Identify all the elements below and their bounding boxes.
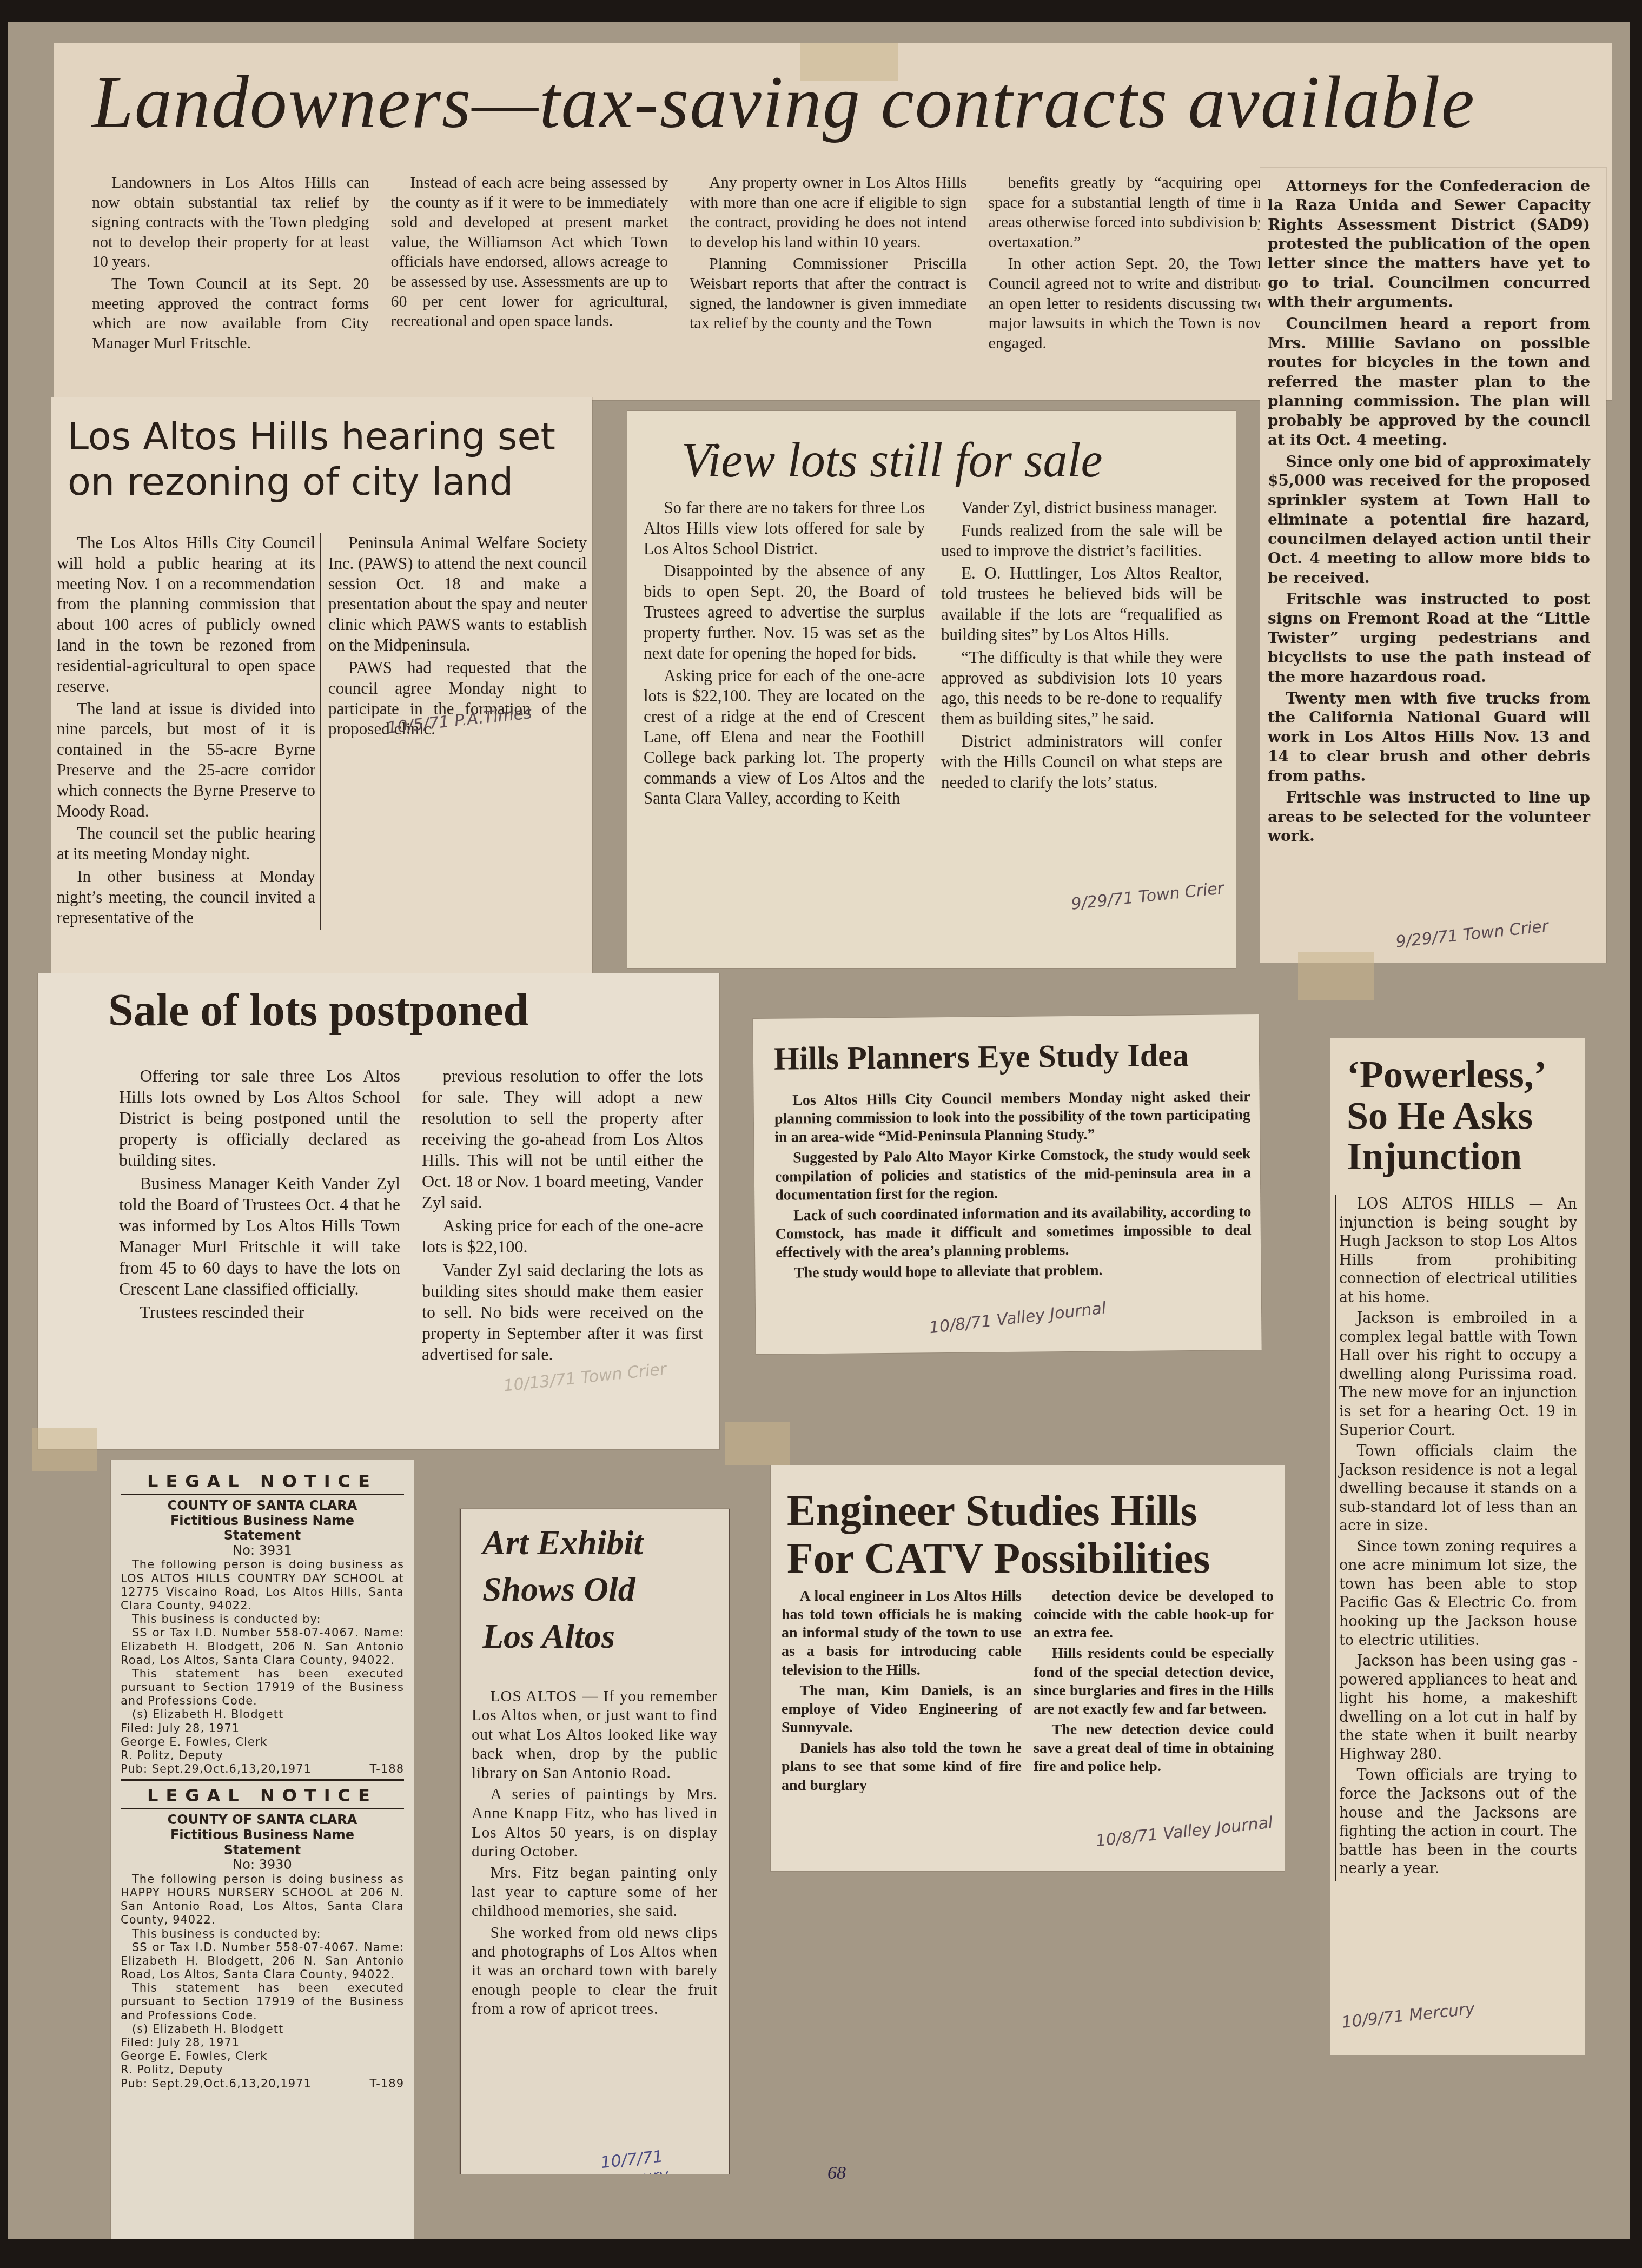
legal-body: The following person is doing business a… [121, 1873, 404, 2036]
paragraph: previous resolution to offer the lots fo… [422, 1065, 703, 1213]
headline-line-1: ‘Powerless,’ [1347, 1055, 1585, 1096]
pub-dates: Pub: Sept.29,Oct.6,13,20,1971 [121, 1762, 312, 1776]
paragraph: This business is conducted by: [121, 1927, 404, 1941]
legal-line: George E. Fowles, Clerk [121, 2050, 404, 2063]
headline-line-1: Engineer Studies Hills [787, 1487, 1285, 1535]
paragraph: (s) Elizabeth H. Blodgett [121, 2022, 404, 2036]
legal-heading: LEGAL NOTICE [121, 1471, 404, 1495]
headline-line-2: For CATV Possibilities [787, 1535, 1285, 1582]
paragraph: Town officials are trying to force the J… [1339, 1766, 1577, 1878]
legal-line: Filed: July 28, 1971 [121, 1722, 404, 1735]
pub-dates: Pub: Sept.29,Oct.6,13,20,1971 [121, 2077, 312, 2091]
paragraph: Fritschle was instructed to post signs o… [1268, 589, 1590, 686]
paragraph: The Town Council at its Sept. 20 meeting… [92, 274, 369, 353]
column-1: So far there are no takers for three Los… [644, 498, 925, 811]
paragraph: Disappointed by the absence of any bids … [644, 561, 925, 663]
column-2: detection device be developed to coincid… [1034, 1587, 1274, 1797]
paragraph: SS or Tax I.D. Number 558-07-4067. Name:… [121, 1941, 404, 1982]
headline: View lots still for sale [681, 433, 1236, 488]
paragraph: Funds realized from the sale will be use… [941, 520, 1222, 561]
paragraph: Mrs. Fitz began painting only last year … [472, 1864, 718, 1921]
paragraph: Los Altos Hills City Council members Mon… [774, 1087, 1250, 1147]
paragraph: benefits greatly by “acquiring open spac… [989, 173, 1266, 252]
legal-subheading: COUNTY OF SANTA CLARA Fictitious Busines… [121, 1498, 404, 1558]
clipping-view-lots: View lots still for sale So far there ar… [627, 411, 1236, 968]
notice-code: T-189 [369, 2077, 404, 2091]
paragraph: A local engineer in Los Altos Hills has … [782, 1587, 1022, 1680]
handwritten-date: 10/9/71 Mercury [1341, 1999, 1476, 2032]
tape-piece [32, 1428, 97, 1471]
paragraph: Offering tor sale three Los Altos Hills … [119, 1065, 400, 1171]
headline-line-2: Shows Old [482, 1566, 729, 1613]
column-1: Landowners in Los Altos Hills can now ob… [92, 173, 369, 355]
headline-line-3: Los Altos [482, 1613, 729, 1660]
paragraph: The man, Kim Daniels, is an employe of V… [782, 1682, 1022, 1737]
handwritten-date: 10/8/71 Valley Journal [928, 1298, 1107, 1337]
paragraph: Any property owner in Los Altos Hills wi… [690, 173, 967, 252]
legal-line: Filed: July 28, 1971 [121, 2036, 404, 2050]
legal-line: R. Politz, Deputy [121, 2063, 404, 2077]
paragraph: This statement has been executed pursuan… [121, 1981, 404, 2022]
paragraph: Asking price for each of the one-acre lo… [644, 666, 925, 809]
headline: ‘Powerless,’ So He Asks Injunction [1347, 1055, 1585, 1177]
clipping-legal-notices: LEGAL NOTICE COUNTY OF SANTA CLARA Ficti… [111, 1460, 414, 2239]
paragraph: So far there are no takers for three Los… [644, 498, 925, 559]
paragraph: In other business at Monday night’s meet… [57, 866, 315, 927]
column-2: Peninsula Animal Welfare Society Inc. (P… [328, 533, 587, 930]
legal-notice-3930: LEGAL NOTICE COUNTY OF SANTA CLARA Ficti… [121, 1785, 404, 2090]
paragraph: Jackson is embroiled in a complex legal … [1339, 1309, 1577, 1440]
paragraph: The study would hope to alleviate that p… [776, 1260, 1252, 1283]
paragraph: The land at issue is divided into nine p… [57, 699, 315, 821]
statement-label: Statement [121, 1843, 404, 1858]
statement-number: No: 3930 [121, 1858, 404, 1873]
publication-line: Pub: Sept.29,Oct.6,13,20,1971 T-188 [121, 1762, 404, 1781]
paragraph: Landowners in Los Altos Hills can now ob… [92, 173, 369, 272]
paragraph: Vander Zyl, district business manager. [941, 498, 1222, 518]
paragraph: Fritschle was instructed to line up area… [1268, 788, 1590, 846]
paragraph: Vander Zyl said declaring the lots as bu… [422, 1259, 703, 1365]
tape-piece [800, 43, 898, 81]
paragraph: In other action Sept. 20, the Town Counc… [989, 254, 1266, 353]
article-body: LOS ALTOS HILLS — An injunction is being… [1335, 1195, 1577, 1881]
legal-heading: LEGAL NOTICE [121, 1785, 404, 1809]
column-2: previous resolution to offer the lots fo… [422, 1065, 703, 1367]
headline-line-3: Injunction [1347, 1136, 1585, 1177]
paragraph: (s) Elizabeth H. Blodgett [121, 1708, 404, 1721]
page-number: 68 [827, 2163, 846, 2184]
paragraph: A series of paintings by Mrs. Anne Knapp… [472, 1785, 718, 1862]
legal-footer: Filed: July 28, 1971George E. Fowles, Cl… [121, 1722, 404, 1763]
paragraph: Business Manager Keith Vander Zyl told t… [119, 1173, 400, 1299]
legal-footer: Filed: July 28, 1971George E. Fowles, Cl… [121, 2036, 404, 2077]
headline: Sale of lots postponed [108, 984, 719, 1037]
paragraph: Attorneys for the Confederacion de la Ra… [1268, 176, 1590, 312]
tape-piece [1298, 952, 1374, 1000]
clipping-powerless: ‘Powerless,’ So He Asks Injunction LOS A… [1330, 1038, 1585, 2055]
clipping-art-exhibit: Art Exhibit Shows Old Los Altos LOS ALTO… [460, 1509, 730, 2174]
column-4: benefits greatly by “acquiring open spac… [989, 173, 1266, 355]
paragraph: The new detection device could save a gr… [1034, 1721, 1274, 1776]
paragraph: Twenty men with five trucks from the Cal… [1268, 689, 1590, 786]
paragraph: The following person is doing business a… [121, 1558, 404, 1613]
legal-body: The following person is doing business a… [121, 1558, 404, 1721]
handwritten-date: 10/8/71 Valley Journal [1095, 1813, 1274, 1851]
paragraph: Trustees rescinded their [119, 1302, 400, 1323]
paragraph: Lack of such coordinated information and… [775, 1203, 1252, 1262]
clipping-engineer-catv: Engineer Studies Hills For CATV Possibil… [771, 1465, 1285, 1871]
tape-piece [725, 1422, 790, 1465]
column-2: Vander Zyl, district business manager.Fu… [941, 498, 1222, 811]
paragraph: Planning Commissioner Priscilla Weisbart… [690, 254, 967, 333]
paragraph: The Los Altos Hills City Council will ho… [57, 533, 315, 697]
column-1: Offering tor sale three Los Altos Hills … [119, 1065, 400, 1367]
paragraph: Since only one bid of approximately $5,0… [1268, 452, 1590, 588]
notice-code: T-188 [369, 1762, 404, 1776]
legal-notice-3931: LEGAL NOTICE COUNTY OF SANTA CLARA Ficti… [121, 1471, 404, 1781]
statement-number: No: 3931 [121, 1543, 404, 1559]
paragraph: Instead of each acre being assessed by t… [391, 173, 668, 331]
paragraph: Jackson has been using gas - powered app… [1339, 1652, 1577, 1764]
paragraph: She worked from old news clips and photo… [472, 1924, 718, 2019]
paragraph: E. O. Huttlinger, Los Altos Realtor, tol… [941, 563, 1222, 645]
statement-label: Statement [121, 1528, 404, 1543]
column-1: The Los Altos Hills City Council will ho… [57, 533, 321, 930]
paragraph: Hills residents could be especially fond… [1034, 1644, 1274, 1719]
paragraph: Asking price for each of the one-acre lo… [422, 1215, 703, 1257]
column-5: Attorneys for the Confederacion de la Ra… [1260, 168, 1606, 846]
legal-line: R. Politz, Deputy [121, 1749, 404, 1762]
article-body: LOS ALTOS — If you remember Los Altos wh… [472, 1687, 718, 2021]
clipping-hearing: Los Altos Hills hearing set on rezoning … [51, 397, 592, 992]
legal-subheading: COUNTY OF SANTA CLARA Fictitious Busines… [121, 1813, 404, 1872]
paragraph: detection device be developed to coincid… [1034, 1587, 1274, 1642]
paragraph: Peninsula Animal Welfare Society Inc. (P… [328, 533, 587, 655]
handwritten-date: 9/29/71 Town Crier [1395, 917, 1550, 951]
paragraph: “The difficulty is that while they were … [941, 647, 1222, 729]
paragraph: District administrators will confer with… [941, 731, 1222, 792]
column-2: Instead of each acre being assessed by t… [391, 173, 668, 355]
publication-line: Pub: Sept.29,Oct.6,13,20,1971 T-189 [121, 2077, 404, 2091]
headline: Engineer Studies Hills For CATV Possibil… [787, 1487, 1285, 1582]
headline: Hills Planners Eye Study Idea [774, 1036, 1260, 1078]
paragraph: Councilmen heard a report from Mrs. Mill… [1268, 314, 1590, 450]
paragraph: LOS ALTOS — If you remember Los Altos wh… [472, 1687, 718, 1783]
column-1: A local engineer in Los Altos Hills has … [782, 1587, 1022, 1797]
paragraph: SS or Tax I.D. Number 558-07-4067. Name:… [121, 1626, 404, 1667]
paragraph: Since town zoning requires a one acre mi… [1339, 1538, 1577, 1650]
statement-type: Fictitious Business Name [121, 1828, 404, 1843]
paragraph: The council set the public hearing at it… [57, 823, 315, 864]
headline: Los Altos Hills hearing set on rezoning … [51, 397, 592, 505]
paragraph: Town officials claim the Jackson residen… [1339, 1442, 1577, 1536]
headline-line-2: So He Asks [1347, 1096, 1585, 1137]
county: COUNTY OF SANTA CLARA [121, 1498, 404, 1514]
clipping-sale-postponed: Sale of lots postponed Offering tor sale… [38, 973, 719, 1449]
handwritten-date: 10/7/71 Mercury [600, 2140, 730, 2174]
clipping-hills-planners: Hills Planners Eye Study Idea Los Altos … [753, 1014, 1261, 1354]
article-body: Los Altos Hills City Council members Mon… [774, 1087, 1252, 1285]
paragraph: LOS ALTOS HILLS — An injunction is being… [1339, 1195, 1577, 1307]
paragraph: Suggested by Palo Alto Mayor Kirke Comst… [774, 1145, 1251, 1205]
paragraph: This business is conducted by: [121, 1613, 404, 1626]
column-3: Any property owner in Los Altos Hills wi… [690, 173, 967, 355]
headline-line-1: Art Exhibit [482, 1520, 729, 1566]
headline: Art Exhibit Shows Old Los Altos [482, 1520, 729, 1660]
paragraph: This statement has been executed pursuan… [121, 1667, 404, 1708]
legal-line: George E. Fowles, Clerk [121, 1735, 404, 1749]
paragraph: Daniels has also told the town he plans … [782, 1739, 1022, 1794]
county: COUNTY OF SANTA CLARA [121, 1813, 404, 1828]
clipping-landowners-continued: Attorneys for the Confederacion de la Ra… [1260, 168, 1606, 963]
handwritten-date: 9/29/71 Town Crier [1070, 879, 1225, 913]
paragraph: The following person is doing business a… [121, 1873, 404, 1927]
statement-type: Fictitious Business Name [121, 1514, 404, 1529]
